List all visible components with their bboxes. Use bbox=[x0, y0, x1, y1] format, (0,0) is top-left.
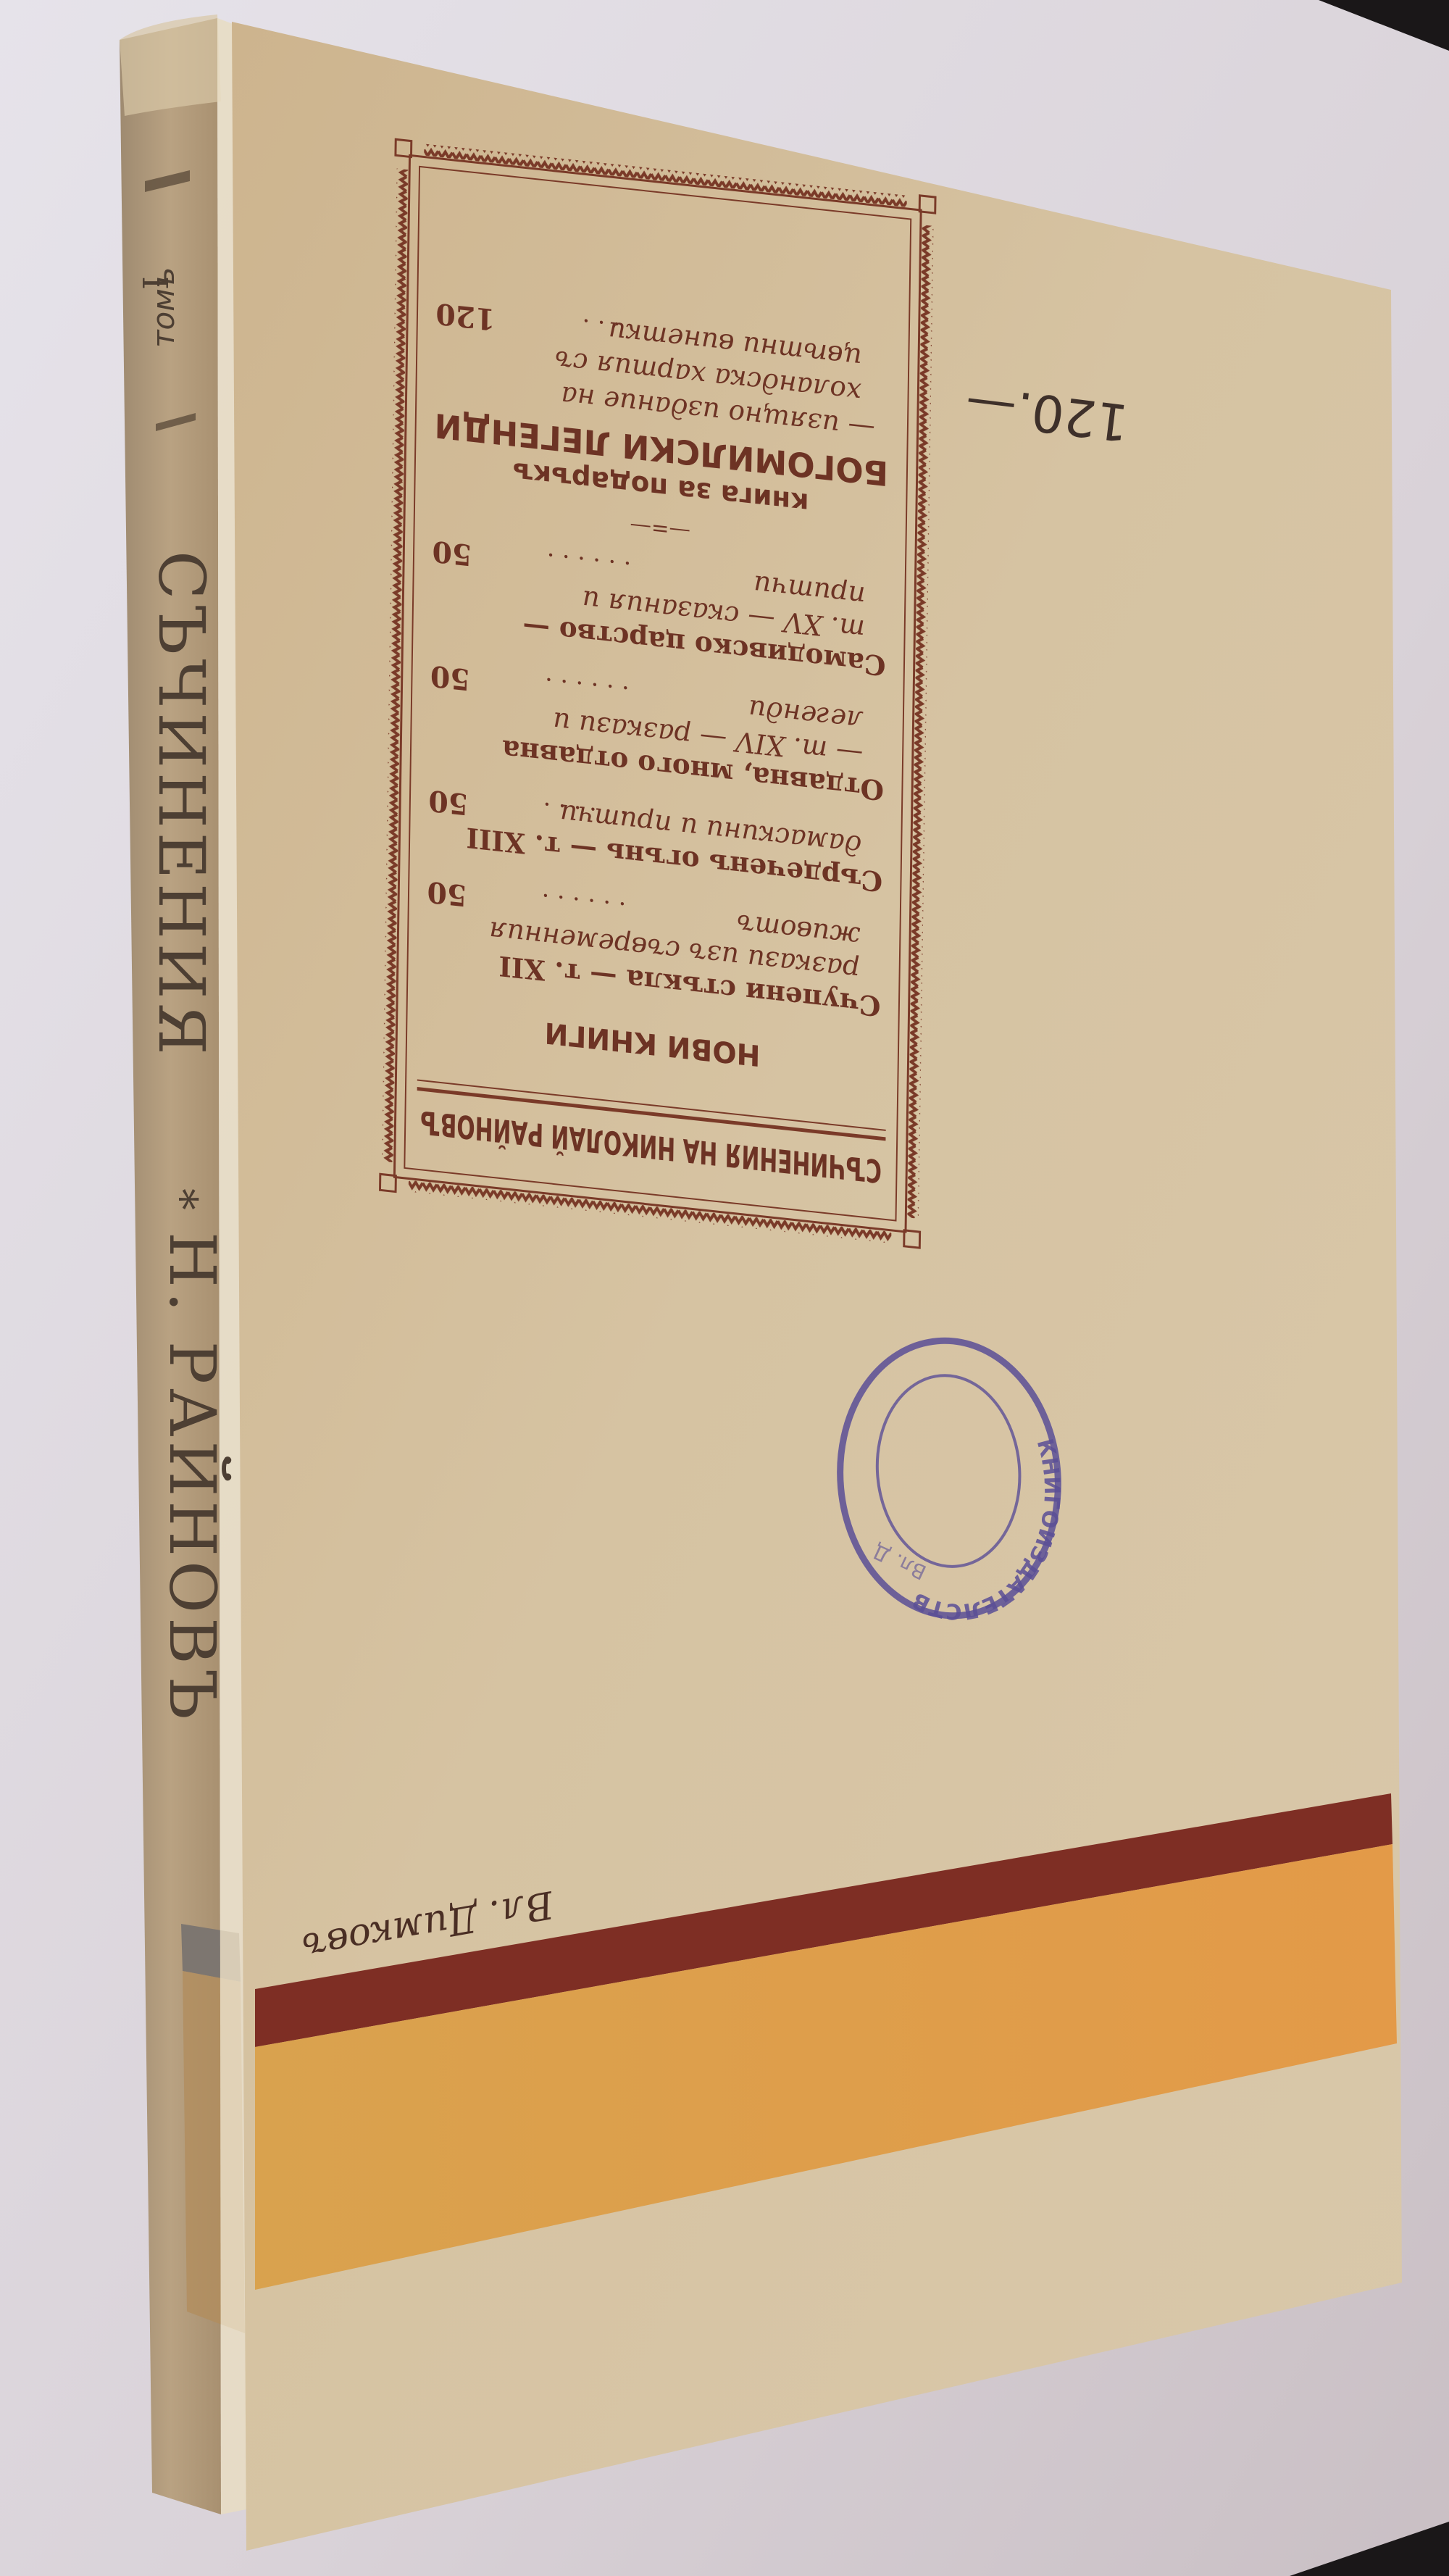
spine-title: СЪЧИНЕНИЯ bbox=[144, 551, 219, 1059]
spine-separator: * bbox=[156, 1188, 206, 1210]
ad-book-price: 50 bbox=[428, 783, 468, 821]
leader-dots: . . . bbox=[582, 313, 621, 346]
gift-price: 120 bbox=[435, 296, 496, 336]
ad-book-price: 50 bbox=[432, 534, 472, 572]
spine-author: Н. РАЙНОВЪ bbox=[155, 1232, 232, 1724]
book-photo-scene: КНИГОИЗДАТЕЛСТВО Вл. Д СЪЧИНЕНИЯ НА НИКО… bbox=[0, 0, 1449, 2576]
spine-volume-number: I bbox=[136, 276, 177, 290]
ad-book-price: 50 bbox=[427, 875, 467, 912]
ad-book-price: 50 bbox=[430, 659, 470, 696]
